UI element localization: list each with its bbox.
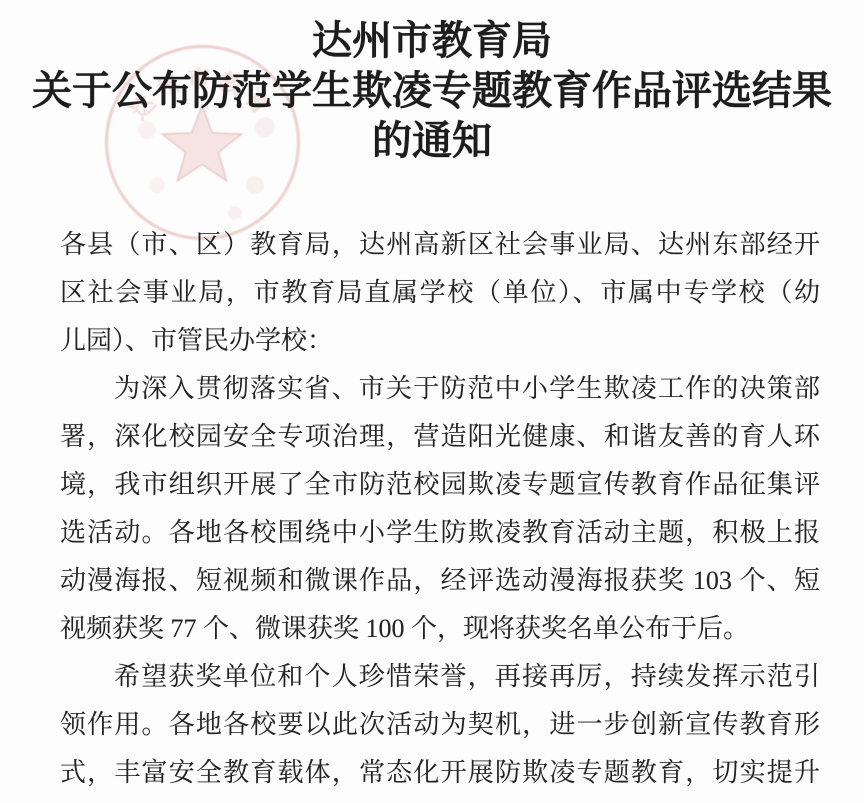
title-line-subject: 关于公布防范学生欺凌专题教育作品评选结果	[0, 66, 864, 116]
body-line: 儿园）、市管民办学校：	[60, 317, 820, 365]
document-body: 各县（市、区）教育局，达州高新区社会事业局、达州东部经开 区社会事业局，市教育局…	[60, 221, 820, 797]
title-line-issuer: 达州市教育局	[0, 16, 864, 66]
scanned-notice-document: 达州市教育局 达州市教育局 关于公布防范学生欺凌专题教育作品评选结果 的通知 各…	[0, 0, 864, 803]
body-line: 区社会事业局，市教育局直属学校（单位）、市属中专学校（幼	[60, 269, 820, 317]
body-line: 视频获奖 77 个、微课获奖 100 个，现将获奖名单公布于后。	[60, 605, 820, 653]
title-line-notice: 的通知	[0, 116, 864, 166]
body-line: 式，丰富安全教育载体，常态化开展防欺凌专题教育，切实提升	[60, 749, 820, 797]
body-line: 境，我市组织开展了全市防范校园欺凌专题宣传教育作品征集评	[60, 461, 820, 509]
body-line: 希望获奖单位和个人珍惜荣誉，再接再厉，持续发挥示范引	[60, 653, 820, 701]
body-line: 为深入贯彻落实省、市关于防范中小学生欺凌工作的决策部	[60, 365, 820, 413]
document-title: 达州市教育局 关于公布防范学生欺凌专题教育作品评选结果 的通知	[0, 16, 864, 166]
body-line: 署，深化校园安全专项治理，营造阳光健康、和谐友善的育人环	[60, 413, 820, 461]
body-line: 各县（市、区）教育局，达州高新区社会事业局、达州东部经开	[60, 221, 820, 269]
body-line: 领作用。各地各校要以此次活动为契机，进一步创新宣传教育形	[60, 701, 820, 749]
body-line: 动漫海报、短视频和微课作品，经评选动漫海报获奖 103 个、短	[60, 557, 820, 605]
body-line: 选活动。各地各校围绕中小学生防欺凌教育活动主题，积极上报	[60, 509, 820, 557]
